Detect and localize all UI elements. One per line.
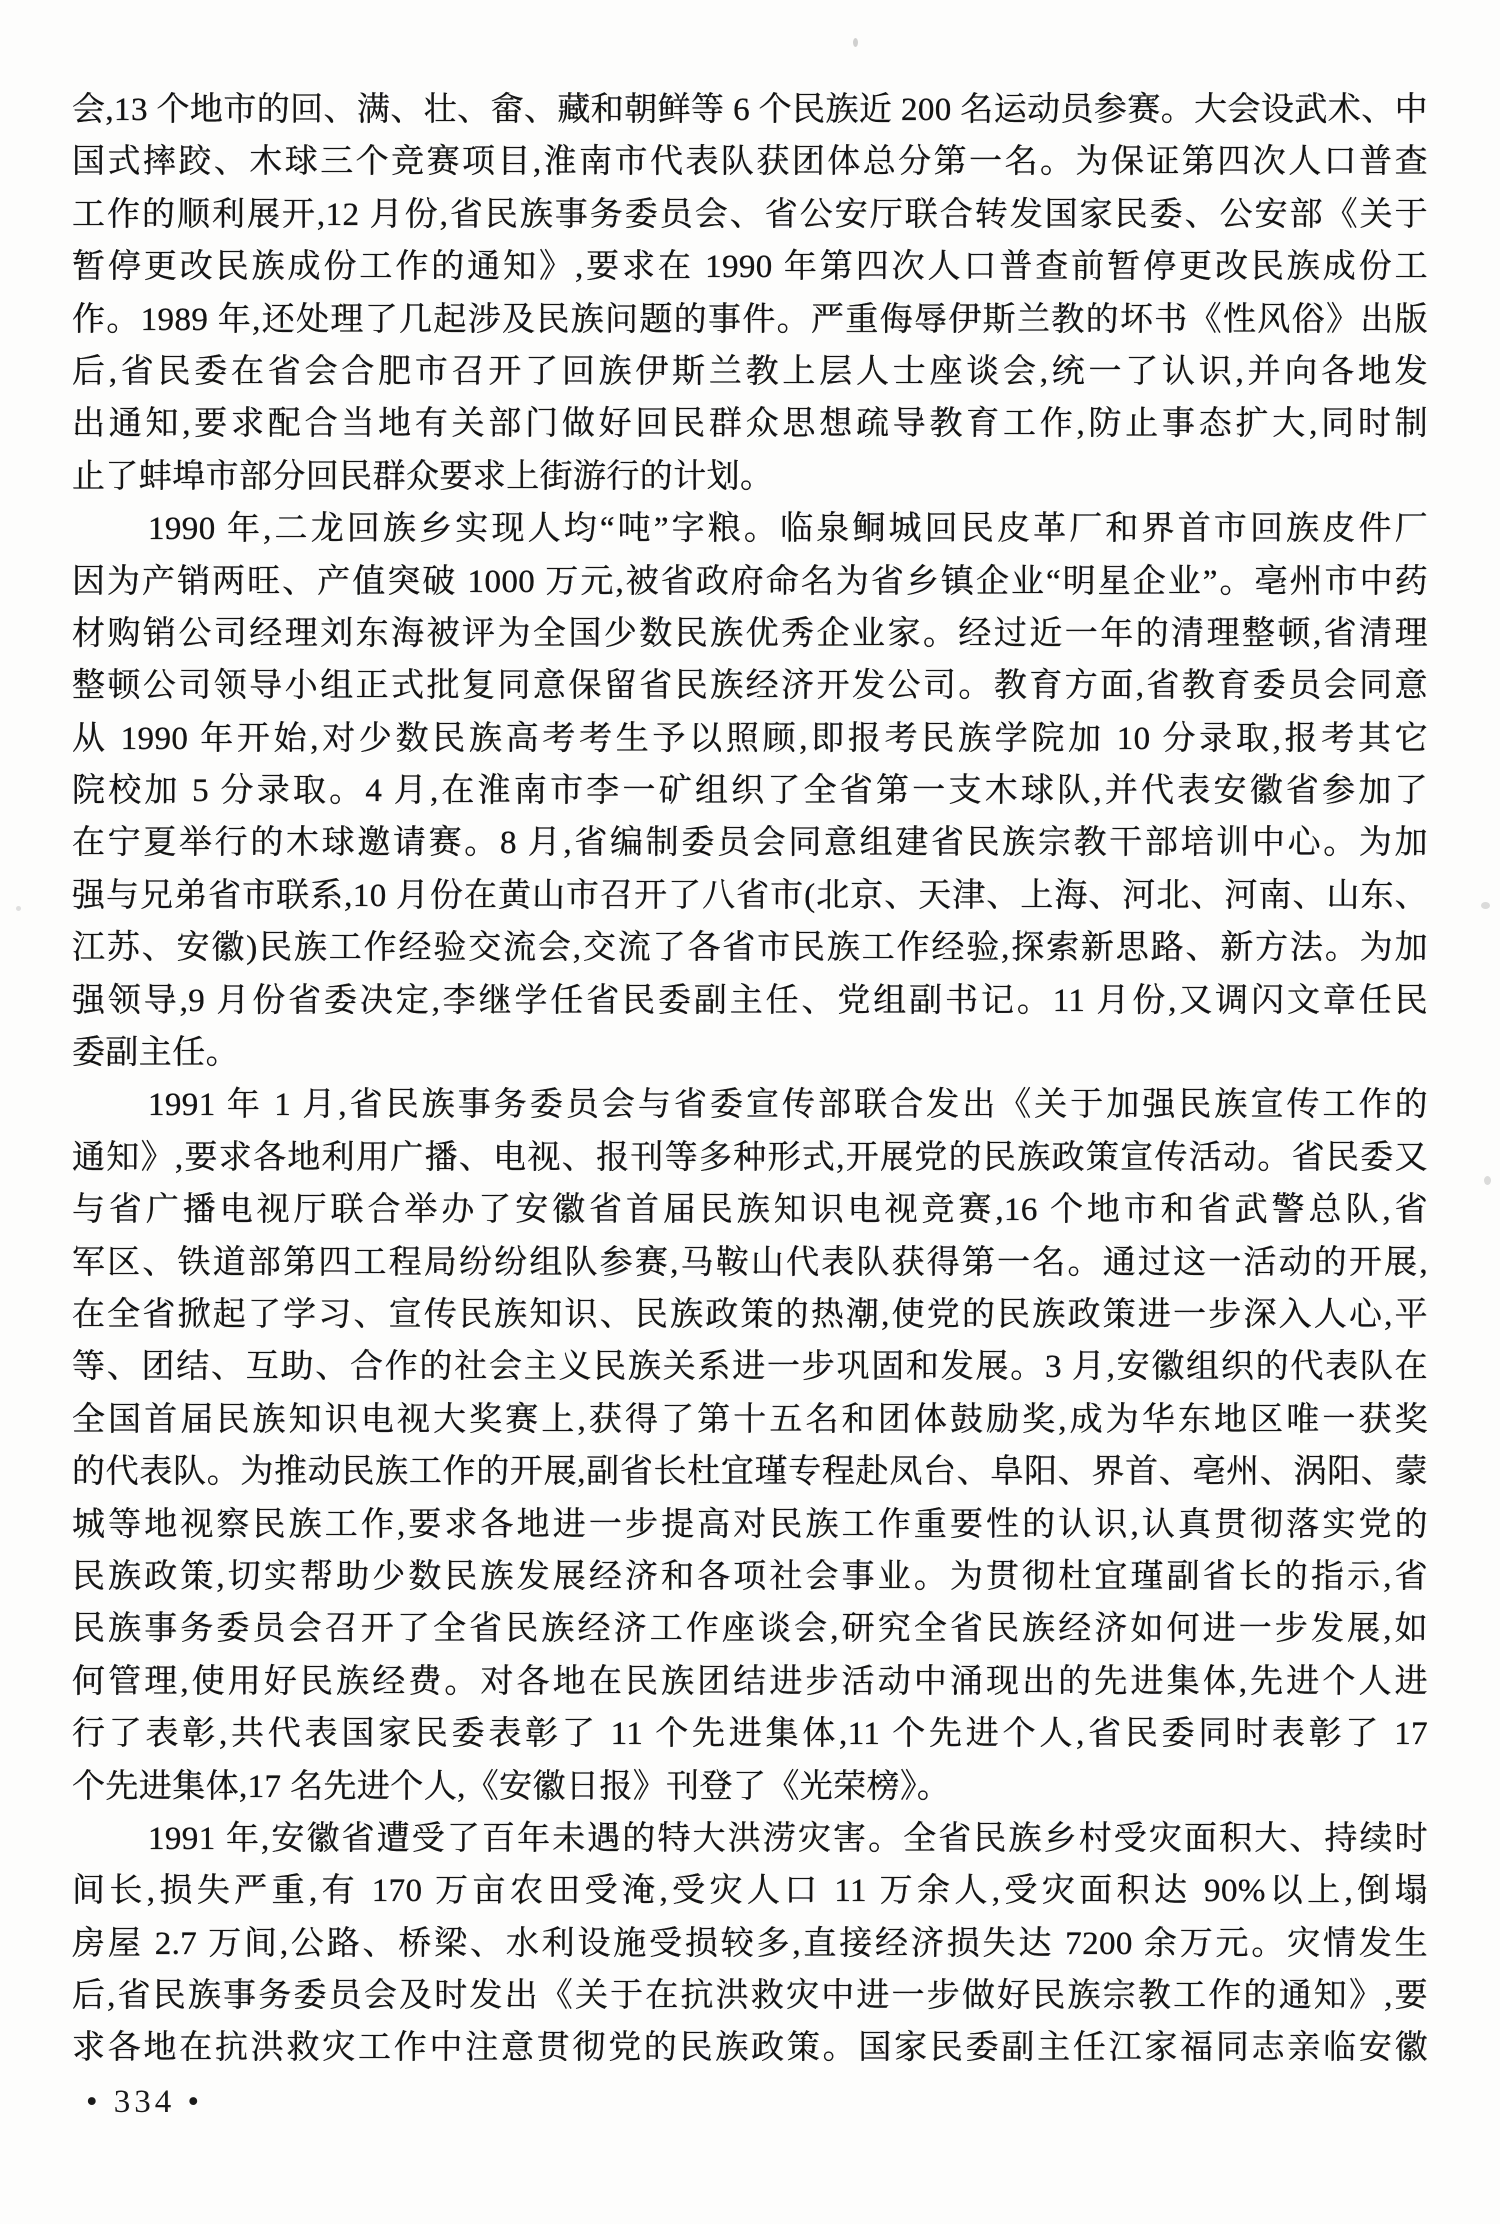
scan-speckle	[1481, 902, 1490, 909]
scan-speckle	[16, 906, 21, 911]
scanned-book-page: 会,13 个地市的回、满、壮、畲、藏和朝鲜等 6 个民族近 200 名运动员参赛…	[0, 0, 1500, 2224]
text-line: 的代表队。为推动民族工作的开展,副省长杜宜瑾专程赴凤台、阜阳、界首、亳州、涡阳、…	[72, 1446, 1428, 1498]
text-line: 从 1990 年开始,对少数民族高考考生予以照顾,即报考民族学院加 10 分录取…	[72, 713, 1428, 765]
text-line: 1990 年,二龙回族乡实现人均“吨”字粮。临泉鲖城回民皮革厂和界首市回族皮件厂	[72, 503, 1428, 555]
text-line: 出通知,要求配合当地有关部门做好回民群众思想疏导教育工作,防止事态扩大,同时制	[72, 398, 1428, 450]
text-line: 院校加 5 分录取。4 月,在淮南市李一矿组织了全省第一支木球队,并代表安徽省参…	[72, 765, 1428, 817]
text-line: 后,省民委在省会合肥市召开了回族伊斯兰教上层人士座谈会,统一了认识,并向各地发	[72, 346, 1428, 398]
text-line: 民族政策,切实帮助少数民族发展经济和各项社会事业。为贯彻杜宜瑾副省长的指示,省	[72, 1551, 1428, 1603]
text-line: 个先进集体,17 名先进个人,《安徽日报》刊登了《光荣榜》。	[72, 1761, 1428, 1813]
text-line: 江苏、安徽)民族工作经验交流会,交流了各省市民族工作经验,探索新思路、新方法。为…	[72, 922, 1428, 974]
text-line: 1991 年,安徽省遭受了百年未遇的特大洪涝灾害。全省民族乡村受灾面积大、持续时	[72, 1813, 1428, 1865]
text-line: 暂停更改民族成份工作的通知》,要求在 1990 年第四次人口普查前暂停更改民族成…	[72, 241, 1428, 293]
page-number: • 334 •	[86, 2076, 203, 2128]
text-line: 何管理,使用好民族经费。对各地在民族团结进步活动中涌现出的先进集体,先进个人进	[72, 1656, 1428, 1708]
text-line: 国式摔跤、木球三个竞赛项目,淮南市代表队获团体总分第一名。为保证第四次人口普查	[72, 136, 1428, 188]
text-line: 通知》,要求各地利用广播、电视、报刊等多种形式,开展党的民族政策宣传活动。省民委…	[72, 1132, 1428, 1184]
text-line: 在宁夏举行的木球邀请赛。8 月,省编制委员会同意组建省民族宗教干部培训中心。为加	[72, 817, 1428, 869]
text-line: 委副主任。	[72, 1027, 1428, 1079]
text-line: 等、团结、互助、合作的社会主义民族关系进一步巩固和发展。3 月,安徽组织的代表队…	[72, 1341, 1428, 1393]
text-line: 民族事务委员会召开了全省民族经济工作座谈会,研究全省民族经济如何进一步发展,如	[72, 1603, 1428, 1655]
text-line: 止了蚌埠市部分回民群众要求上街游行的计划。	[72, 451, 1428, 503]
scan-speckle	[853, 38, 858, 47]
text-line: 房屋 2.7 万间,公路、桥梁、水利设施受损较多,直接经济损失达 7200 余万…	[72, 1918, 1428, 1970]
text-line: 工作的顺利展开,12 月份,省民族事务委员会、省公安厅联合转发国家民委、公安部《…	[72, 189, 1428, 241]
text-line: 因为产销两旺、产值突破 1000 万元,被省政府命名为省乡镇企业“明星企业”。亳…	[72, 556, 1428, 608]
text-line: 作。1989 年,还处理了几起涉及民族问题的事件。严重侮辱伊斯兰教的坏书《性风俗…	[72, 294, 1428, 346]
text-line: 城等地视察民族工作,要求各地进一步提高对民族工作重要性的认识,认真贯彻落实党的	[72, 1499, 1428, 1551]
text-line: 整顿公司领导小组正式批复同意保留省民族经济开发公司。教育方面,省教育委员会同意	[72, 660, 1428, 712]
text-line: 全国首届民族知识电视大奖赛上,获得了第十五名和团体鼓励奖,成为华东地区唯一获奖	[72, 1394, 1428, 1446]
text-line: 在全省掀起了学习、宣传民族知识、民族政策的热潮,使党的民族政策进一步深入人心,平	[72, 1289, 1428, 1341]
text-line: 与省广播电视厅联合举办了安徽省首届民族知识电视竞赛,16 个地市和省武警总队,省	[72, 1184, 1428, 1236]
text-line: 间长,损失严重,有 170 万亩农田受淹,受灾人口 11 万余人,受灾面积达 9…	[72, 1865, 1428, 1917]
scan-speckle	[1484, 1176, 1491, 1185]
text-line: 强与兄弟省市联系,10 月份在黄山市召开了八省市(北京、天津、上海、河北、河南、…	[72, 870, 1428, 922]
text-line: 军区、铁道部第四工程局纷纷组队参赛,马鞍山代表队获得第一名。通过这一活动的开展,	[72, 1237, 1428, 1289]
text-line: 行了表彰,共代表国家民委表彰了 11 个先进集体,11 个先进个人,省民委同时表…	[72, 1708, 1428, 1760]
text-block: 会,13 个地市的回、满、壮、畲、藏和朝鲜等 6 个民族近 200 名运动员参赛…	[72, 84, 1428, 2075]
text-line: 后,省民族事务委员会及时发出《关于在抗洪救灾中进一步做好民族宗教工作的通知》,要	[72, 1970, 1428, 2022]
text-line: 材购销公司经理刘东海被评为全国少数民族优秀企业家。经过近一年的清理整顿,省清理	[72, 608, 1428, 660]
text-line: 会,13 个地市的回、满、壮、畲、藏和朝鲜等 6 个民族近 200 名运动员参赛…	[72, 84, 1428, 136]
text-line: 1991 年 1 月,省民族事务委员会与省委宣传部联合发出《关于加强民族宣传工作…	[72, 1079, 1428, 1131]
text-line: 求各地在抗洪救灾工作中注意贯彻党的民族政策。国家民委副主任江家福同志亲临安徽	[72, 2022, 1428, 2074]
text-line: 强领导,9 月份省委决定,李继学任省民委副主任、党组副书记。11 月份,又调闪文…	[72, 975, 1428, 1027]
